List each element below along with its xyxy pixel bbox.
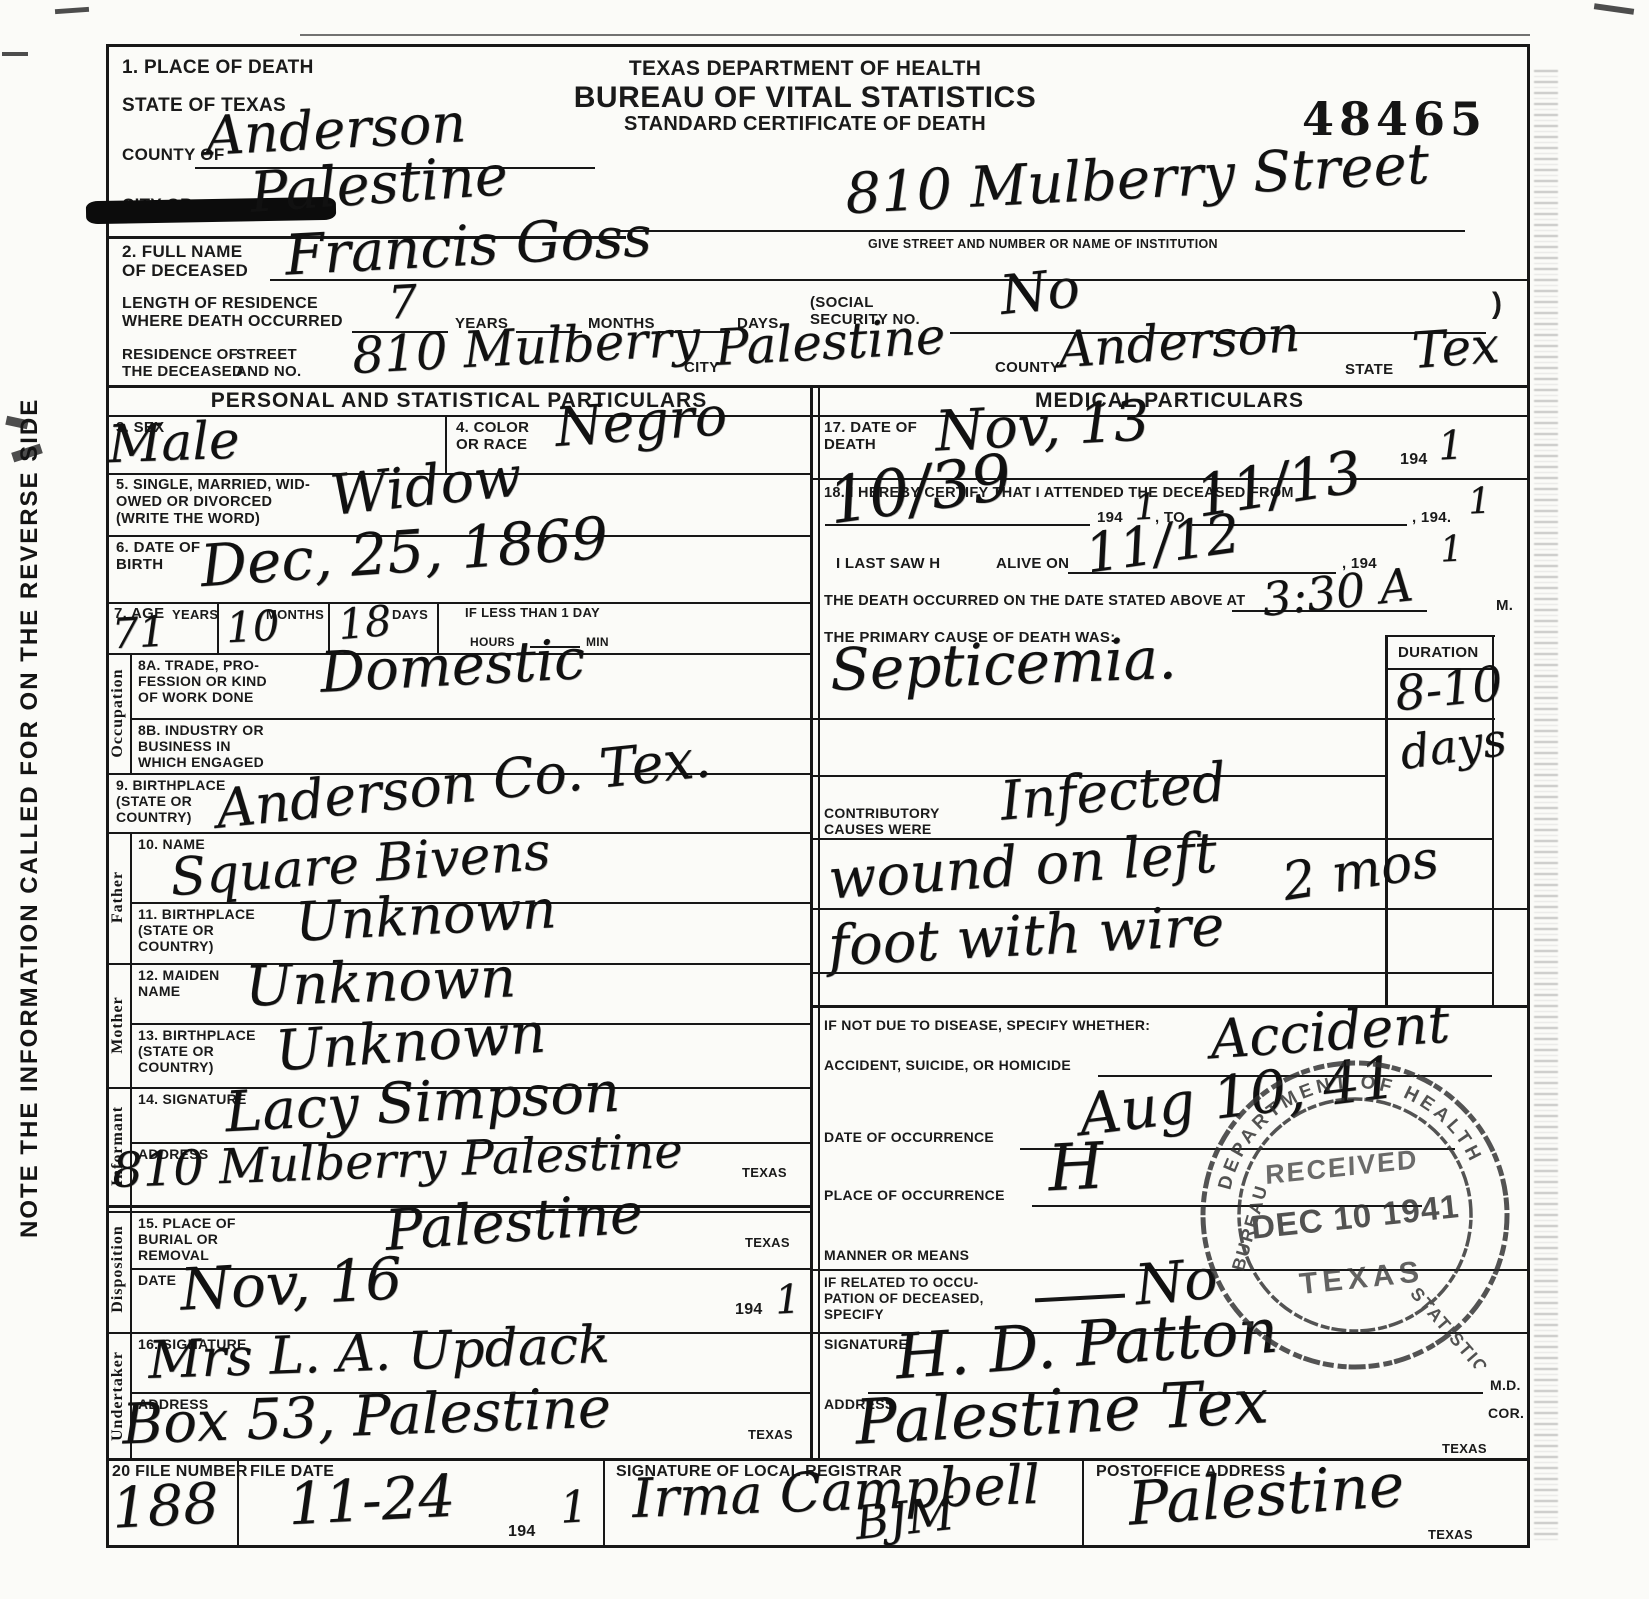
race-value-handwriting: Negro [554, 392, 729, 452]
industry-label-1: 8B. INDUSTRY OR [138, 723, 264, 738]
contributory-line1-handwriting: Infected [998, 758, 1228, 826]
age-days-label: DAYS [392, 608, 428, 622]
residence-street-handwriting: 810 Mulberry [351, 316, 701, 379]
birthplace-label-3: COUNTRY) [116, 810, 192, 825]
related-occupation-label-1: IF RELATED TO OCCU- [824, 1276, 978, 1290]
burial-year-handwriting: 1 [774, 1281, 801, 1318]
file-date-handwriting: 11-24 [287, 1470, 457, 1531]
rule [270, 279, 1527, 281]
reverse-side-note: NOTE THE INFORMATION CALLED FOR ON THE R… [16, 330, 74, 1305]
father-bp-handwriting: Unknown [294, 885, 557, 947]
stamp-texas-text: TEXAS [1298, 1255, 1426, 1301]
contributory-label-1: CONTRIBUTORY [824, 806, 940, 821]
birthplace-label-2: (STATE OR [116, 794, 192, 809]
marital-label-2: OWED OR DIVORCED [116, 495, 272, 510]
dob-label-1: 6. DATE OF [116, 540, 200, 556]
occurred-time-handwriting: 3:30 A [1260, 564, 1415, 621]
scan-mark [55, 7, 89, 14]
maiden-label-1: 12. MAIDEN [138, 968, 220, 983]
certify-year2-printed: , 194. [1412, 510, 1451, 526]
father-bp-label-1: 11. BIRTHPLACE [138, 907, 255, 922]
postoffice-handwriting: Palestine [1126, 1458, 1405, 1531]
rule [825, 524, 1090, 526]
res-state-handwriting: Tex [1411, 323, 1501, 374]
medical-section-header: MEDICAL PARTICULARS [812, 390, 1527, 412]
last-saw-label-2: ALIVE ON [996, 556, 1069, 572]
date-occurrence-label: DATE OF OCCURRENCE [824, 1130, 994, 1145]
rule [620, 230, 1465, 232]
burial-label-1: 15. PLACE OF [138, 1216, 236, 1231]
contributory-label-2: CAUSES WERE [824, 822, 932, 837]
street-caption: GIVE STREET AND NUMBER OR NAME OF INSTIT… [868, 238, 1218, 251]
informant-address-state: TEXAS [742, 1166, 787, 1180]
maiden-name-handwriting: Unknown [244, 953, 517, 1013]
physician-address-state: TEXAS [1442, 1442, 1487, 1456]
cell-divider [603, 1458, 605, 1545]
ssn-paren: ) [1492, 288, 1502, 320]
residence-length-label-1: LENGTH OF RESIDENCE [122, 296, 318, 313]
burial-state: TEXAS [745, 1236, 790, 1250]
standard-certificate-title: STANDARD CERTIFICATE OF DEATH [624, 113, 986, 135]
file-date-year-printed: 194 [508, 1524, 536, 1541]
bureau-header: BUREAU OF VITAL STATISTICS [555, 82, 1055, 114]
burial-place-handwriting: Palestine [384, 1189, 645, 1257]
disposition-side-label: Disposition [109, 1204, 127, 1334]
place-occurrence-label: PLACE OF OCCURRENCE [824, 1188, 1005, 1203]
res-city-handwriting: Palestine [714, 314, 946, 371]
trade-label-2: FESSION OR KIND [138, 674, 267, 689]
registrar-signature-handwriting: Irma Campbell [631, 1461, 1041, 1524]
birthplace-value-handwriting: Anderson Co. Tex. [214, 734, 713, 834]
last-saw-label-1: I LAST SAW H [836, 556, 940, 572]
column-divider [818, 385, 820, 1458]
residence-years-handwriting: 7 [387, 281, 418, 324]
contributory-line3-handwriting: foot with wire [827, 902, 1226, 973]
related-occupation-label-3: SPECIFY [824, 1308, 884, 1322]
file-date-year-handwriting: 1 [559, 1487, 589, 1528]
not-disease-label: IF NOT DUE TO DISEASE, SPECIFY WHETHER: [824, 1018, 1150, 1033]
res-state-label: STATE [1345, 362, 1393, 378]
rule [106, 602, 810, 604]
border-bottom [106, 1545, 1530, 1548]
mother-bp-label-3: COUNTRY) [138, 1060, 214, 1075]
death-certificate-scan: NOTE THE INFORMATION CALLED FOR ON THE R… [0, 0, 1649, 1599]
residence-of-label-2: THE DECEASED [122, 364, 243, 380]
rule [130, 718, 810, 720]
border-top [106, 44, 1530, 47]
certificate-header: STANDARD CERTIFICATE OF DEATH [555, 114, 1055, 135]
dob-value-handwriting: Dec, 25, 1869 [199, 512, 610, 593]
trade-value-handwriting: Domestic [319, 635, 587, 699]
group-divider [130, 653, 132, 773]
dod-label-2: DEATH [824, 437, 876, 453]
sex-value-handwriting: Male [107, 418, 240, 469]
duration-value-handwriting: 8-10 [1393, 662, 1505, 716]
mother-bp-label-1: 13. BIRTHPLACE [138, 1028, 256, 1043]
form-header: TEXAS DEPARTMENT OF HEALTH [555, 58, 1055, 80]
father-bp-label-2: (STATE OR [138, 923, 214, 938]
residence-of-label-1: RESIDENCE OF [122, 347, 238, 363]
street-no-label-1: STREET [236, 347, 297, 363]
primary-cause-handwriting: Septicemia. [829, 632, 1177, 696]
manner-means-label: MANNER OR MEANS [824, 1248, 969, 1263]
father-bp-label-3: COUNTRY) [138, 939, 214, 954]
cor-label: COR. [1488, 1406, 1524, 1421]
res-city-label: CITY [684, 360, 719, 376]
cell-divider [217, 602, 219, 653]
last-saw-handwriting: 11/12 [1082, 509, 1243, 579]
undertaker-address-handwriting: Box 53, Palestine [121, 1383, 612, 1450]
fullname-label-1: 2. FULL NAME [122, 243, 242, 261]
less-than-day-label: IF LESS THAN 1 DAY [465, 606, 600, 620]
burial-year-printed: 194 [735, 1302, 763, 1319]
age-years-label: YEARS [172, 608, 218, 622]
pen-stroke [1035, 1294, 1125, 1303]
contributory-line2-handwriting: wound on left [827, 828, 1219, 905]
md-label: M.D. [1490, 1378, 1521, 1393]
mother-bp-label-2: (STATE OR [138, 1044, 214, 1059]
res-county-label: COUNTY [995, 360, 1060, 376]
marital-label-1: 5. SINGLE, MARRIED, WID- [116, 478, 310, 493]
occurred-m-label: M. [1496, 598, 1513, 614]
last-saw-year-handwriting: 1 [1439, 533, 1464, 567]
city-value-handwriting: Palestine [249, 151, 510, 219]
file-number-handwriting: 188 [111, 1479, 220, 1535]
stamp-date-text: DEC 10 1941 [1249, 1187, 1461, 1246]
street-no-label-2: AND NO. [236, 364, 301, 380]
res-county-handwriting: Anderson [1057, 312, 1301, 374]
undertaker-address-state: TEXAS [748, 1428, 793, 1442]
mother-side-label: Mother [109, 960, 127, 1090]
received-stamp: DEPARTMENT OF HEALTH BUREAU STATISTICS R… [1174, 1034, 1537, 1397]
color-label-1: 4. COLOR [456, 420, 529, 436]
dob-label-2: BIRTH [116, 557, 163, 573]
trade-label-1: 8A. TRADE, PRO- [138, 658, 259, 673]
bureau-title: BUREAU OF VITAL STATISTICS [574, 81, 1036, 114]
rule [812, 718, 1495, 720]
occupation-side-label: Occupation [109, 648, 127, 778]
birthplace-label-1: 9. BIRTHPLACE [116, 778, 226, 793]
scan-mark [1594, 3, 1634, 15]
dod-label-1: 17. DATE OF [824, 420, 917, 436]
industry-label-2: BUSINESS IN [138, 739, 231, 754]
dod-year-printed: 194 [1400, 452, 1428, 469]
column-divider [810, 385, 813, 1458]
min-label: MIN [586, 636, 609, 649]
marital-label-3: (WRITE THE WORD) [116, 512, 260, 527]
postoffice-state: TEXAS [1428, 1528, 1473, 1542]
rule [300, 34, 1530, 36]
scan-mark [2, 52, 28, 56]
scan-noise-right-edge [1534, 70, 1558, 1540]
ssn-label-1: (SOCIAL [810, 295, 874, 311]
residence-length-label-2: WHERE DEATH OCCURRED [122, 314, 343, 331]
stamp-received-text: RECEIVED [1265, 1144, 1419, 1190]
related-occupation-label-2: PATION OF DECEASED, [824, 1292, 984, 1306]
fullname-label-2: OF DECEASED [122, 262, 248, 280]
rule [812, 972, 1492, 974]
attended-from-handwriting: 10/39 [825, 449, 1016, 532]
occurred-at-label: THE DEATH OCCURRED ON THE DATE STATED AB… [824, 594, 1245, 609]
burial-date-label: DATE [138, 1273, 176, 1288]
accident-suicide-homicide-label: ACCIDENT, SUICIDE, OR HOMICIDE [824, 1058, 1071, 1073]
trade-label-3: OF WORK DONE [138, 690, 254, 705]
burial-date-handwriting: Nov, 16 [179, 1252, 404, 1316]
stamp-ring-statistics-text: STATISTICS [1406, 1283, 1501, 1388]
certify-year2-handwriting: 1 [1467, 485, 1492, 519]
dod-year-handwriting: 1 [1437, 427, 1464, 464]
undertaker-signature-handwriting: Mrs L. A. Updack [147, 1322, 610, 1385]
rule [1385, 635, 1495, 637]
duration-box-left [1385, 635, 1388, 1005]
duration-units-handwriting: days [1398, 719, 1509, 775]
age-months-handwriting: 10 [225, 607, 280, 648]
industry-label-3: WHICH ENGAGED [138, 755, 264, 770]
father-side-label: Father [109, 832, 127, 962]
ssn-value-handwriting: No [998, 264, 1082, 321]
cell-divider [1082, 1458, 1084, 1545]
maiden-label-2: NAME [138, 984, 180, 999]
contributory-duration-handwriting: 2 mos [1279, 836, 1441, 907]
burial-label-2: BURIAL OR [138, 1232, 218, 1247]
department-title: TEXAS DEPARTMENT OF HEALTH [629, 57, 981, 80]
street-value-handwriting: 810 Mulberry Street [844, 140, 1430, 221]
fullname-handwriting: Francis Goss [284, 212, 653, 282]
place-occurrence-handwriting: H [1047, 1139, 1106, 1199]
place-of-death-label: 1. PLACE OF DEATH [122, 58, 314, 78]
registrar-initials-handwriting: BJM [853, 1493, 956, 1545]
